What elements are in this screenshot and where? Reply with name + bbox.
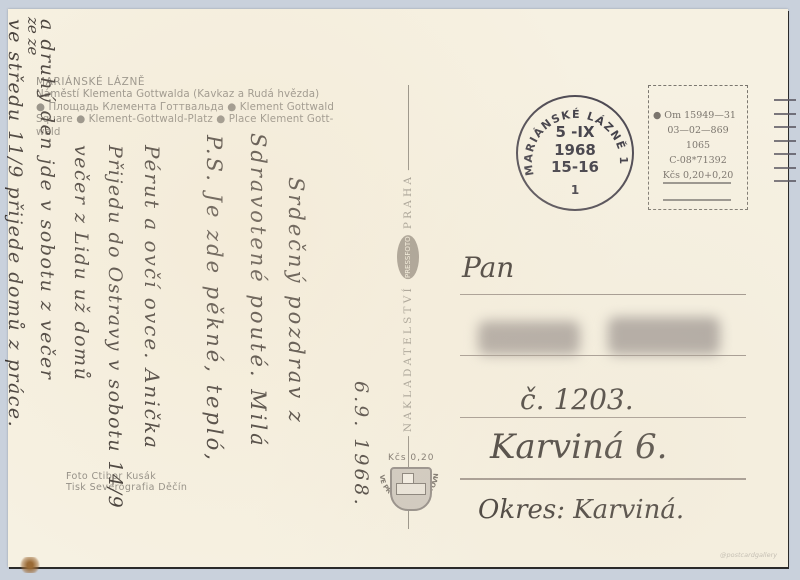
address-salutation: Pan (462, 251, 514, 284)
handwriting-date: 6.9. 1968. (350, 381, 372, 508)
address-line (460, 478, 746, 480)
handwriting-column: Sdravotené pouté. Milá (246, 133, 270, 449)
meter-line: Kčs 0,20+0,20 (649, 168, 747, 183)
publisher-imprint: NAKLADATELSTVÍ PRESSFOTO PRAHA (397, 170, 419, 436)
publisher-city: PRAHA (402, 174, 414, 229)
address-line (460, 417, 746, 418)
meter-cancel-mark (663, 182, 731, 184)
caption-line: ● Площадь Клемента Готтвальда ● Klement … (36, 101, 381, 113)
printed-caption: MARIÁNSKÉ LÁZNĚ Náměstí Klementa Gottwal… (36, 76, 381, 138)
pressfoto-logo-icon: PRESSFOTO (397, 235, 419, 279)
handwriting-column: a druhý den jde v sobotu z večer (36, 19, 58, 380)
postmark: MARIÁNSKÉ LÁZNĚ 1 5 -IX 1968 15-16 1 (516, 95, 634, 211)
postmark-year: 1968 (518, 141, 632, 159)
caption-line: Náměstí Klementa Gottwalda (Kavkaz a Rud… (36, 88, 381, 100)
address-district: Okres: Karviná. (478, 495, 684, 525)
handwriting-column: Přijedu do Ostravy v sobotu 14/9 (104, 145, 126, 509)
castle-shield-icon (390, 467, 432, 511)
corner-stain (18, 557, 42, 573)
meter-cancel-mark (663, 199, 731, 201)
cancellation-lines (774, 99, 796, 194)
address-line (460, 355, 746, 356)
postmark-time: 15-16 (518, 158, 632, 176)
watermark: @postcardgallery (720, 551, 777, 559)
caption-line: Square ● Klement-Gottwald-Platz ● Place … (36, 113, 381, 125)
meter-line: C-08*71392 (649, 153, 747, 168)
handwriting-column: Pérut a ovčí ovce. Anička (140, 145, 164, 450)
meter-line: 03—02—869 (649, 123, 747, 138)
caption-title: MARIÁNSKÉ LÁZNĚ (36, 76, 381, 88)
handwriting-column: P.S. Je zde pěkné, tepló, (202, 135, 226, 463)
postmark-office: 1 (518, 183, 632, 197)
credit-print: Tisk Severografia Děčín (66, 482, 187, 493)
postcard: MARIÁNSKÉ LÁZNĚ Náměstí Klementa Gottwal… (8, 9, 788, 567)
postmark-date: 5 -IX (518, 123, 632, 141)
handwriting-column: večer z Lidu už domů (70, 145, 92, 381)
meter-stamp: ● Om 15949—31 03—02—869 1065 C-08*71392 … (648, 85, 748, 210)
publisher-name: NAKLADATELSTVÍ (402, 285, 414, 432)
address-house-number: č. 1203. (520, 383, 634, 416)
meter-line: ● Om 15949—31 (649, 108, 747, 123)
address-line (460, 294, 746, 295)
handwriting-column: Srdečný pozdrav z (284, 177, 308, 425)
handwriting-column: ve středu 11/9 přijede domů z práce. (4, 19, 26, 428)
credit-photo: Foto Ctibor Kusák (66, 471, 187, 482)
address-city: Karviná 6. (490, 427, 667, 467)
photo-credits: Foto Ctibor Kusák Tisk Severografia Děčí… (66, 471, 187, 493)
meter-line: 1065 (649, 138, 747, 153)
imprinted-stamp: Kčs 0,20 VE PROSPĚCH CESTOVNÍHO RUCHU (380, 455, 446, 521)
